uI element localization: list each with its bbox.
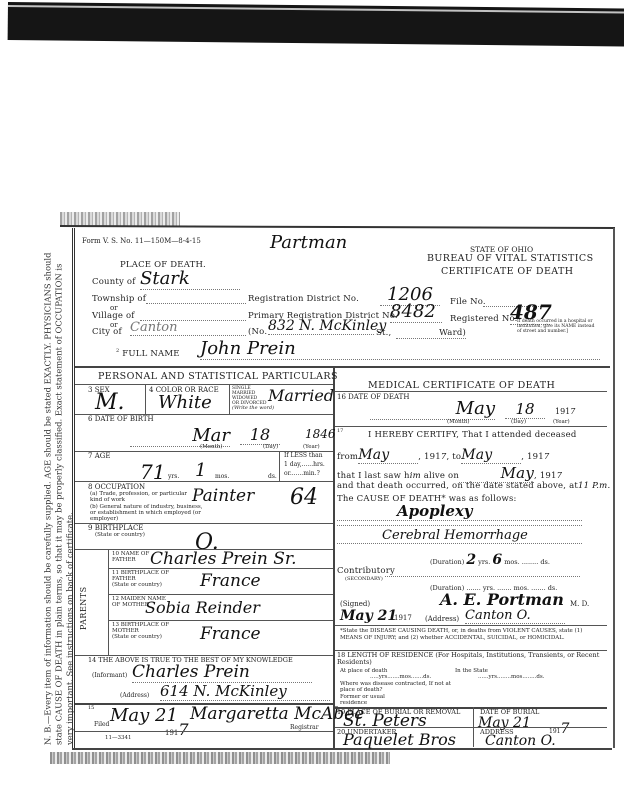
dod-day: 18 <box>505 400 545 419</box>
day-caption: (Day) <box>263 444 278 450</box>
divider <box>335 625 607 626</box>
mother-name-value: Sobia Reinder <box>145 598 260 617</box>
father-name-value: Charles Prein Sr. <box>150 549 297 569</box>
divider <box>75 481 333 482</box>
at-place-field: .....yrs.......mos.......ds. <box>370 674 431 680</box>
sign-year: 1917 <box>394 614 412 622</box>
divider <box>108 549 109 655</box>
in-state-field: ......yrs........mos........ds. <box>478 674 544 680</box>
annotation: Partman <box>270 232 347 253</box>
county-value: Stark <box>140 268 240 290</box>
street-prefix: (No. <box>248 327 267 337</box>
county-label: County of <box>92 277 136 287</box>
sign-date: May 21 <box>340 608 397 624</box>
secondary-label: (SECONDARY) <box>345 576 383 582</box>
divider <box>75 366 610 368</box>
certify-num: 17 <box>337 428 343 434</box>
full-name-label: 2 FULL NAME <box>116 348 180 359</box>
md-label: M. D. <box>570 600 589 608</box>
parents-label: PARENTS <box>79 586 88 630</box>
divider <box>229 384 230 414</box>
undertaker-address: Canton O. <box>485 733 556 749</box>
street-value: 832 N. McKinley <box>268 318 374 335</box>
divider <box>335 426 607 427</box>
yrs-caption: yrs. <box>168 473 179 480</box>
sign-address-label: (Address) <box>425 615 459 623</box>
occupation-value: Painter <box>192 486 254 506</box>
occurred-line: and that death occurred, on the date sta… <box>337 481 610 491</box>
registrar-label: Registrar <box>290 724 319 731</box>
residence-label: 18 LENGTH OF RESIDENCE (For Hospitals, I… <box>337 652 602 666</box>
dob-label: 6 DATE OF BIRTH <box>88 415 154 423</box>
sex-value: M. <box>95 390 125 415</box>
divider <box>108 620 333 621</box>
former-residence-label: Former or usual residence <box>340 694 400 706</box>
township-field <box>146 302 246 304</box>
registered-no-label: Registered No. <box>450 314 518 324</box>
physician-signature: A. E. Portman <box>440 590 564 609</box>
undertaker-value: Paquelet Bros <box>343 730 456 749</box>
divider <box>108 568 333 569</box>
year-caption: (Year) <box>553 419 570 425</box>
mos-caption: mos. <box>215 473 229 480</box>
age-months: 1 <box>195 460 206 481</box>
divider <box>335 391 607 392</box>
ds-caption: ds. <box>268 473 277 480</box>
cause-line <box>337 524 582 526</box>
township-label: Township of <box>92 294 146 304</box>
occupation-code: 64 <box>290 485 318 510</box>
form-number: Form V. S. No. 11—150M—8-4-15 <box>82 237 201 245</box>
informant-address: 614 N. McKinley <box>160 682 330 701</box>
dod-year: 1917 <box>555 407 575 416</box>
file-no-label: File No. <box>450 297 486 307</box>
signed-label: (Signed) <box>340 600 370 608</box>
birthplace-hint: (State or country) <box>95 532 145 538</box>
year-caption: (Year) <box>303 444 320 450</box>
contributory-field <box>385 575 580 577</box>
certify-text: I HEREBY CERTIFY, That I attended deceas… <box>368 430 576 440</box>
mother-birthplace-value: France <box>200 624 261 644</box>
occupation-label: 8 OCCUPATION <box>88 483 145 491</box>
street-suffix: St., <box>376 328 391 338</box>
dod-month: May <box>370 398 495 420</box>
side-note-text: N. B.—Every item of information should b… <box>43 245 76 745</box>
marital-value: Married <box>268 386 334 405</box>
dob-year: 1846 <box>305 427 336 441</box>
mother-birthplace-label: 13 BIRTHPLACE OF MOTHER(State or country… <box>112 622 172 640</box>
divider <box>75 384 333 385</box>
footer-code: 11—3341 <box>105 735 132 741</box>
scan-noise <box>60 212 180 226</box>
hospital-note: If death occurred in a hospital or insti… <box>517 319 597 334</box>
primary-district-value: 8482 <box>390 301 442 323</box>
divider <box>145 384 146 414</box>
divider <box>75 731 333 732</box>
divider <box>279 451 280 481</box>
birthplace-label: 9 BIRTHPLACE <box>88 524 143 532</box>
occupation-b-label: (b) General nature of industry, business… <box>90 504 210 522</box>
scan-noise <box>50 752 390 764</box>
father-name-label: 10 NAME OF FATHER <box>112 551 152 563</box>
from-line: fromMay, 1917, toMay, 1917 <box>337 447 549 464</box>
cause-primary: Apoplexy <box>337 502 582 521</box>
duration-line: (Duration) 2 yrs. 6 mos. ........ ds. <box>430 552 550 568</box>
cause-secondary: Cerebral Hemorrhage <box>337 528 582 544</box>
filing-num: 15 <box>88 705 94 711</box>
divider <box>108 594 333 595</box>
full-name-value: John Prein <box>200 338 600 360</box>
scan-edge-top <box>8 2 624 46</box>
contracted-label: Where was disease contracted, If not at … <box>340 681 460 693</box>
informant-value: Charles Prein <box>132 662 312 683</box>
personal-heading: PERSONAL AND STATISTICAL PARTICULARS <box>98 371 338 382</box>
city-label: City of <box>92 327 122 337</box>
father-birthplace-value: France <box>200 571 261 591</box>
month-caption: (Month) <box>200 444 223 450</box>
informant-label: (Informant) <box>92 672 127 679</box>
dob-day: 18 <box>240 425 280 445</box>
column-divider <box>333 366 335 748</box>
village-label: Village of <box>92 311 135 321</box>
color-value: White <box>158 392 212 413</box>
sign-address: Canton O. <box>465 608 565 624</box>
day-caption: (Day) <box>511 419 526 425</box>
city-value: Canton <box>130 320 246 336</box>
address-label: (Address) <box>120 692 149 699</box>
medical-heading: MEDICAL CERTIFICATE OF DEATH <box>368 380 555 391</box>
age-label: 7 AGE <box>88 452 110 460</box>
less-than-day: If LESS than 1 day,......hrs. or.......m… <box>284 451 325 478</box>
month-caption: (Month) <box>447 419 470 425</box>
occupation-a-label: (a) Trade, profession, or particular kin… <box>90 491 190 503</box>
reg-district-label: Registration District No. <box>248 294 359 304</box>
cause-footnote: *State the DISEASE CAUSING DEATH, or, in… <box>340 628 605 641</box>
bureau-label: BUREAU OF VITAL STATISTICS <box>427 253 594 264</box>
filed-year: 1917 <box>165 720 189 739</box>
filed-label: Filed <box>94 721 109 728</box>
father-birthplace-label: 11 BIRTHPLACE OF FATHER(State or country… <box>112 570 172 588</box>
certificate-title: CERTIFICATE OF DEATH <box>441 266 573 277</box>
